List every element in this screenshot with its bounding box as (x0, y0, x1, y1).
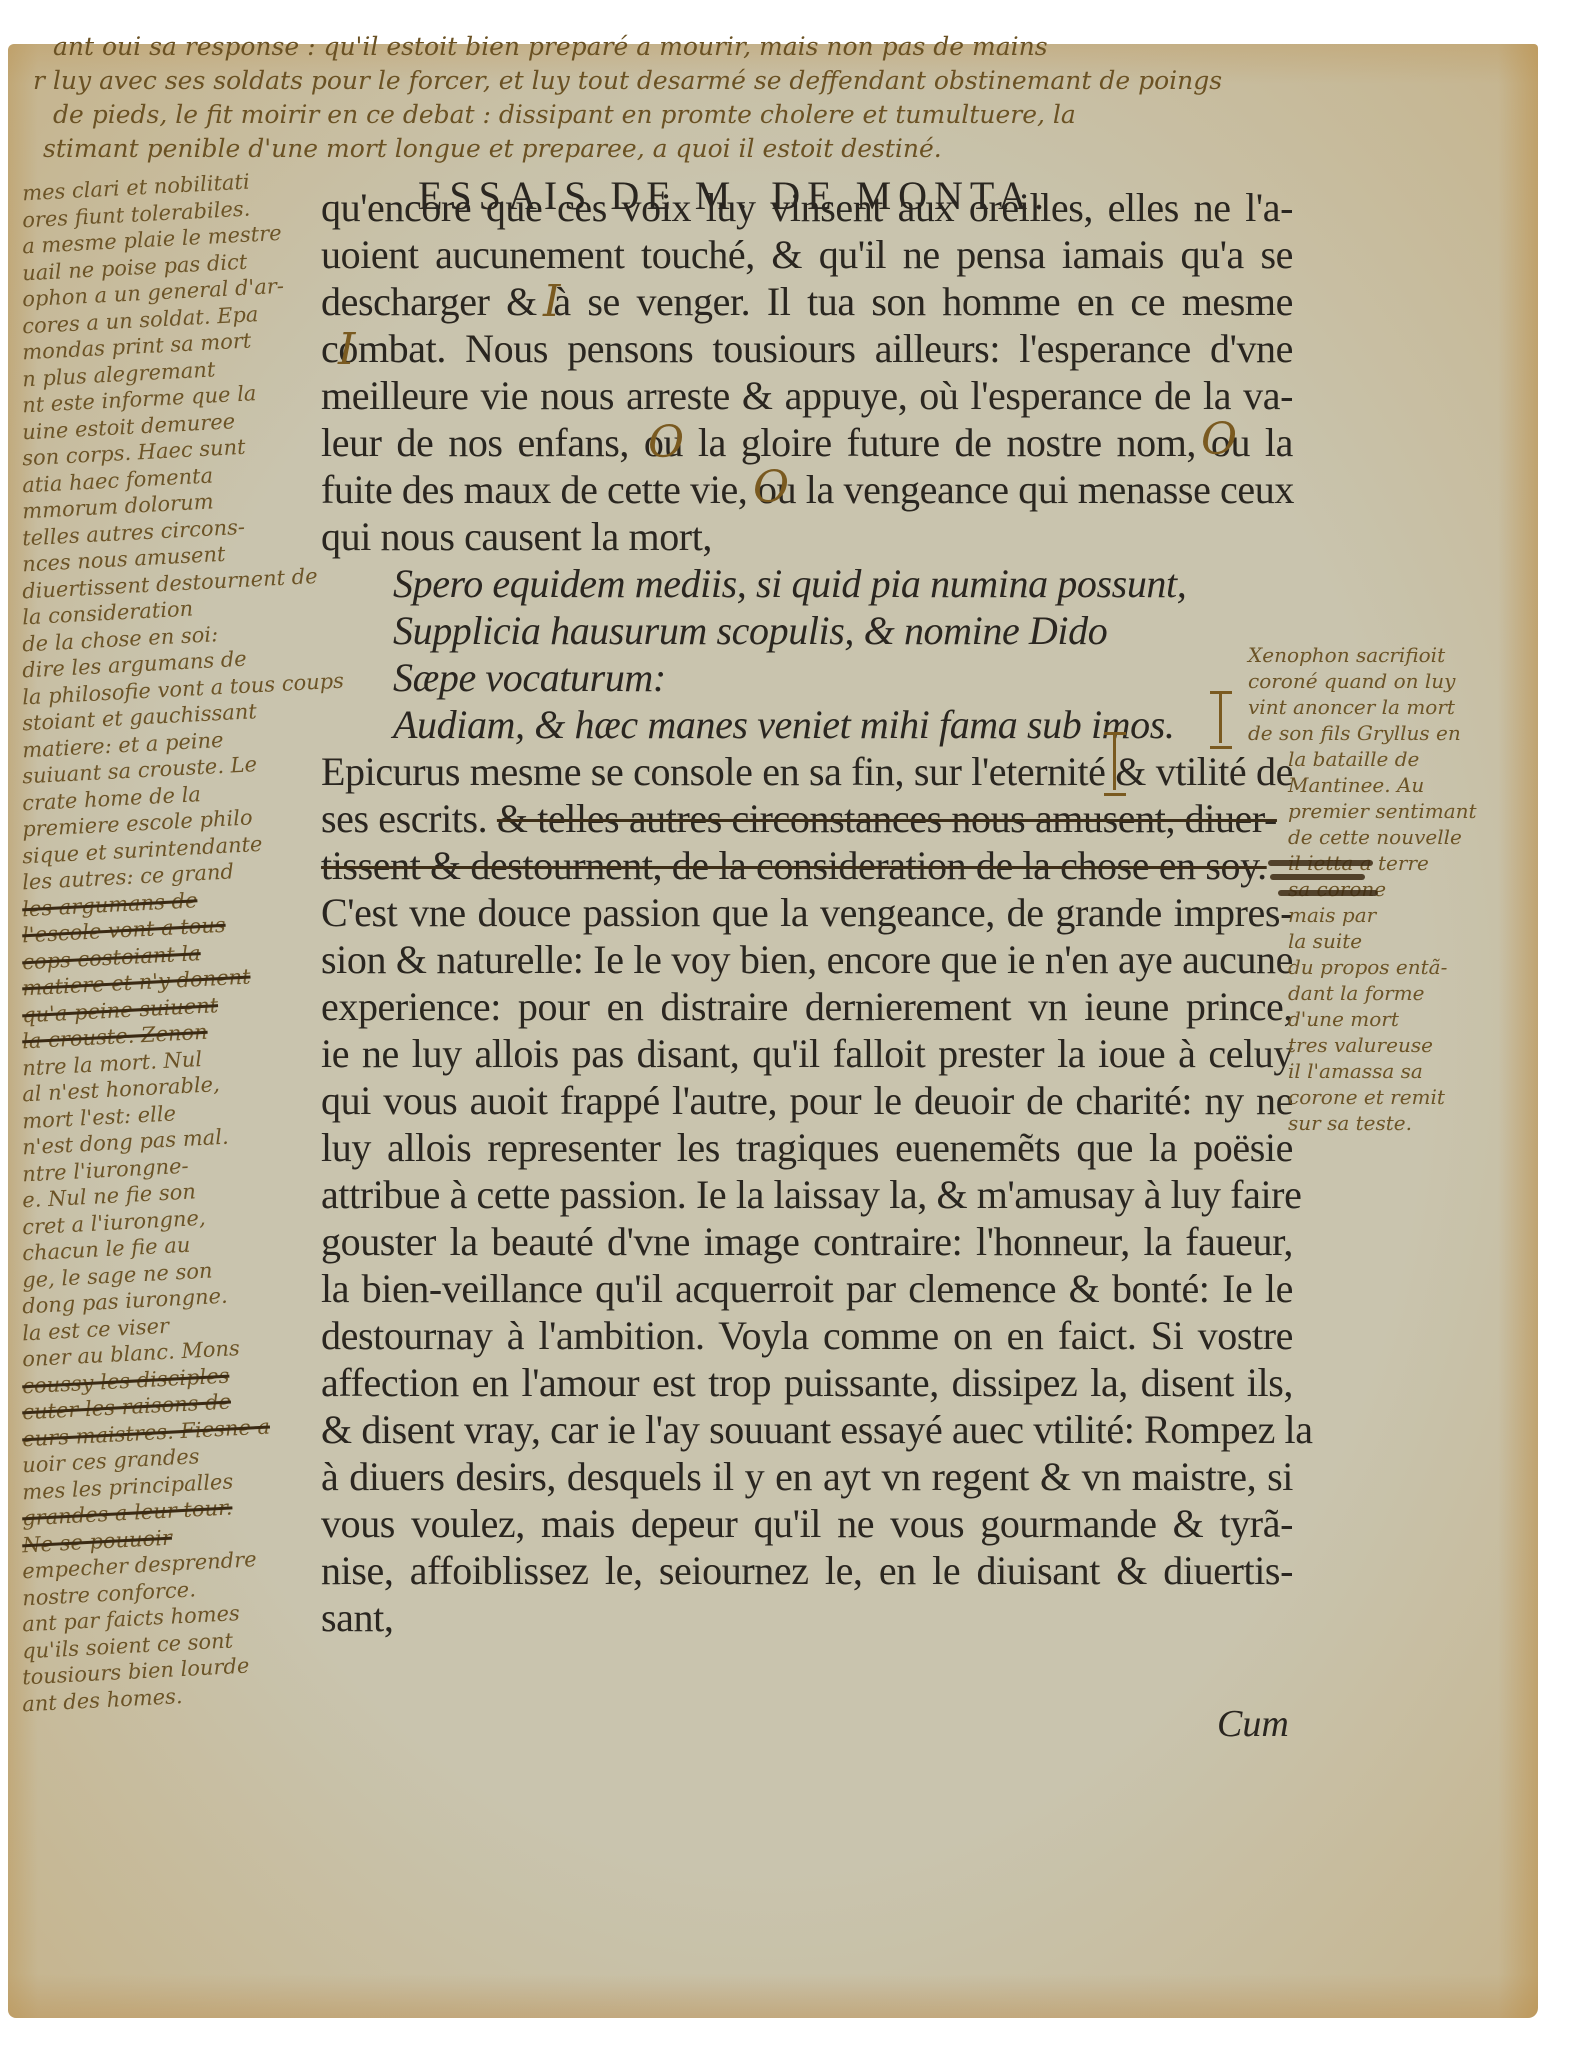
right-margin-annotation: Xenophon sacrifioitcoroné quand on luyvi… (1248, 642, 1477, 1136)
annotation-line: de son fils Gryllus en (1248, 720, 1477, 746)
text-line: ie ne luy allois pas disant, qu'il fallo… (321, 1030, 1293, 1077)
verse-line: Supplicia hausurum scopulis, & nomine Di… (393, 607, 1107, 654)
text-line: qui vous auoit frappé l'autre, pour le d… (321, 1077, 1293, 1124)
text-line: qu'encore que ces voix luy vinsent aux o… (321, 184, 1293, 231)
annotation-line: stimant penible d'une mort longue et pre… (43, 132, 1222, 166)
text-line: & disent vray, car ie l'ay souuant essay… (321, 1406, 1293, 1453)
insertion-mark: I (338, 324, 355, 375)
insertion-mark: O (1201, 414, 1237, 465)
annotation-line: la suite (1288, 928, 1477, 954)
annotation-line: la bataille de (1288, 746, 1477, 772)
text-line: uoient aucunement touché, & qu'il ne pen… (321, 231, 1293, 278)
insertion-mark: O (648, 417, 684, 468)
annotation-line: dant la forme (1288, 980, 1477, 1006)
text-line: destournay à l'ambition. Voyla comme on … (321, 1312, 1293, 1359)
text-line: attribue à cette passion. Ie la laissay … (321, 1171, 1293, 1218)
annotation-line: r luy avec ses soldats pour le forcer, e… (33, 64, 1222, 98)
text-line: leur de nos enfans, ou la gloire future … (321, 419, 1293, 466)
text-line: luy allois representer les tragiques eue… (321, 1124, 1293, 1171)
text-line: gouster la beauté d'vne image contraire:… (321, 1218, 1293, 1265)
text-line: à diuers desirs, desquels il y en ayt vn… (321, 1453, 1293, 1500)
text-line: la bien-veillance qu'il acquerroit par c… (321, 1265, 1293, 1312)
annotation-line: Mantinee. Au (1288, 772, 1477, 798)
text-line: nise, affoiblissez le, seiournez le, en … (321, 1547, 1293, 1594)
verse-line: Audiam, & hæc manes veniet mihi fama sub… (393, 701, 1175, 748)
annotation-line: vint anoncer la mort (1248, 694, 1477, 720)
text-line: vous voulez, mais depeur qu'il ne vous g… (321, 1500, 1293, 1547)
text-line-struck: tissent & destournent, de la considerati… (321, 842, 1293, 889)
text-line: qui nous causent la mort, (321, 513, 1293, 560)
annotation-line: coroné quand on luy (1248, 668, 1477, 694)
left-margin-annotation: mes clari et nobilitatiores fiunt tolera… (22, 172, 344, 1709)
annotation-line: de pieds, le fit moirir en ce debat : di… (53, 98, 1222, 132)
text-line: sion & naturelle: Ie le voy bien, encore… (321, 936, 1293, 983)
text-line-content: ses escrits. (321, 796, 487, 841)
text-line-content: Epicurus mesme se console en sa fin, sur… (321, 749, 1293, 794)
annotation-line: de cette nouvelle (1288, 824, 1477, 850)
text-line: sant, (321, 1594, 1293, 1641)
annotation-line: mais par (1288, 902, 1477, 928)
struck-text: tissent & destournent, de la considerati… (321, 843, 1267, 888)
text-line: fuite des maux de cette vie, ou la venge… (321, 466, 1293, 513)
annotation-line: corone et remit (1288, 1084, 1477, 1110)
insertion-mark: I (543, 276, 560, 327)
insertion-bracket (1104, 732, 1126, 796)
text-line: C'est vne douce passion que la vengeance… (321, 889, 1293, 936)
annotation-line: du propos entã- (1288, 954, 1477, 980)
text-line: combat. Nous pensons tousiours ailleurs:… (321, 325, 1293, 372)
ink-cancellation (1268, 860, 1373, 866)
annotation-line: premier sentimant (1288, 798, 1477, 824)
text-line: meilleure vie nous arreste & appuye, où … (321, 372, 1293, 419)
struck-text: & telles autres circonstances nous amuse… (497, 796, 1277, 841)
text-line-partially-struck: ses escrits. & telles autres circonstanc… (321, 795, 1293, 842)
text-line: descharger & à se venger. Il tua son hom… (321, 278, 1293, 325)
verse-line: Spero equidem mediis, si quid pia numina… (393, 560, 1186, 607)
insertion-bracket (1210, 691, 1232, 749)
ink-cancellation (1278, 890, 1378, 896)
text-line: experience: pour en distraire derniereme… (321, 983, 1293, 1030)
ink-cancellation (1270, 874, 1365, 880)
catchword: Cum (1217, 1702, 1289, 1746)
annotation-line: Xenophon sacrifioit (1248, 642, 1477, 668)
text-line: Epicurus mesme se console en sa fin, sur… (321, 748, 1293, 795)
annotation-line: tres valureuse (1288, 1032, 1477, 1058)
text-line: affection en l'amour est trop puissante,… (321, 1359, 1293, 1406)
annotation-line: sur sa teste. (1288, 1110, 1477, 1136)
annotation-line: d'une mort (1288, 1006, 1477, 1032)
insertion-mark: O (753, 462, 789, 513)
book-page: ant oui sa response : qu'il estoit bien … (8, 44, 1538, 2018)
annotation-line: ant oui sa response : qu'il estoit bien … (53, 30, 1222, 64)
verse-line: Sæpe vocaturum: (393, 654, 666, 701)
annotation-line: il l'amassa sa (1288, 1058, 1477, 1084)
top-margin-annotation: ant oui sa response : qu'il estoit bien … (53, 30, 1222, 166)
